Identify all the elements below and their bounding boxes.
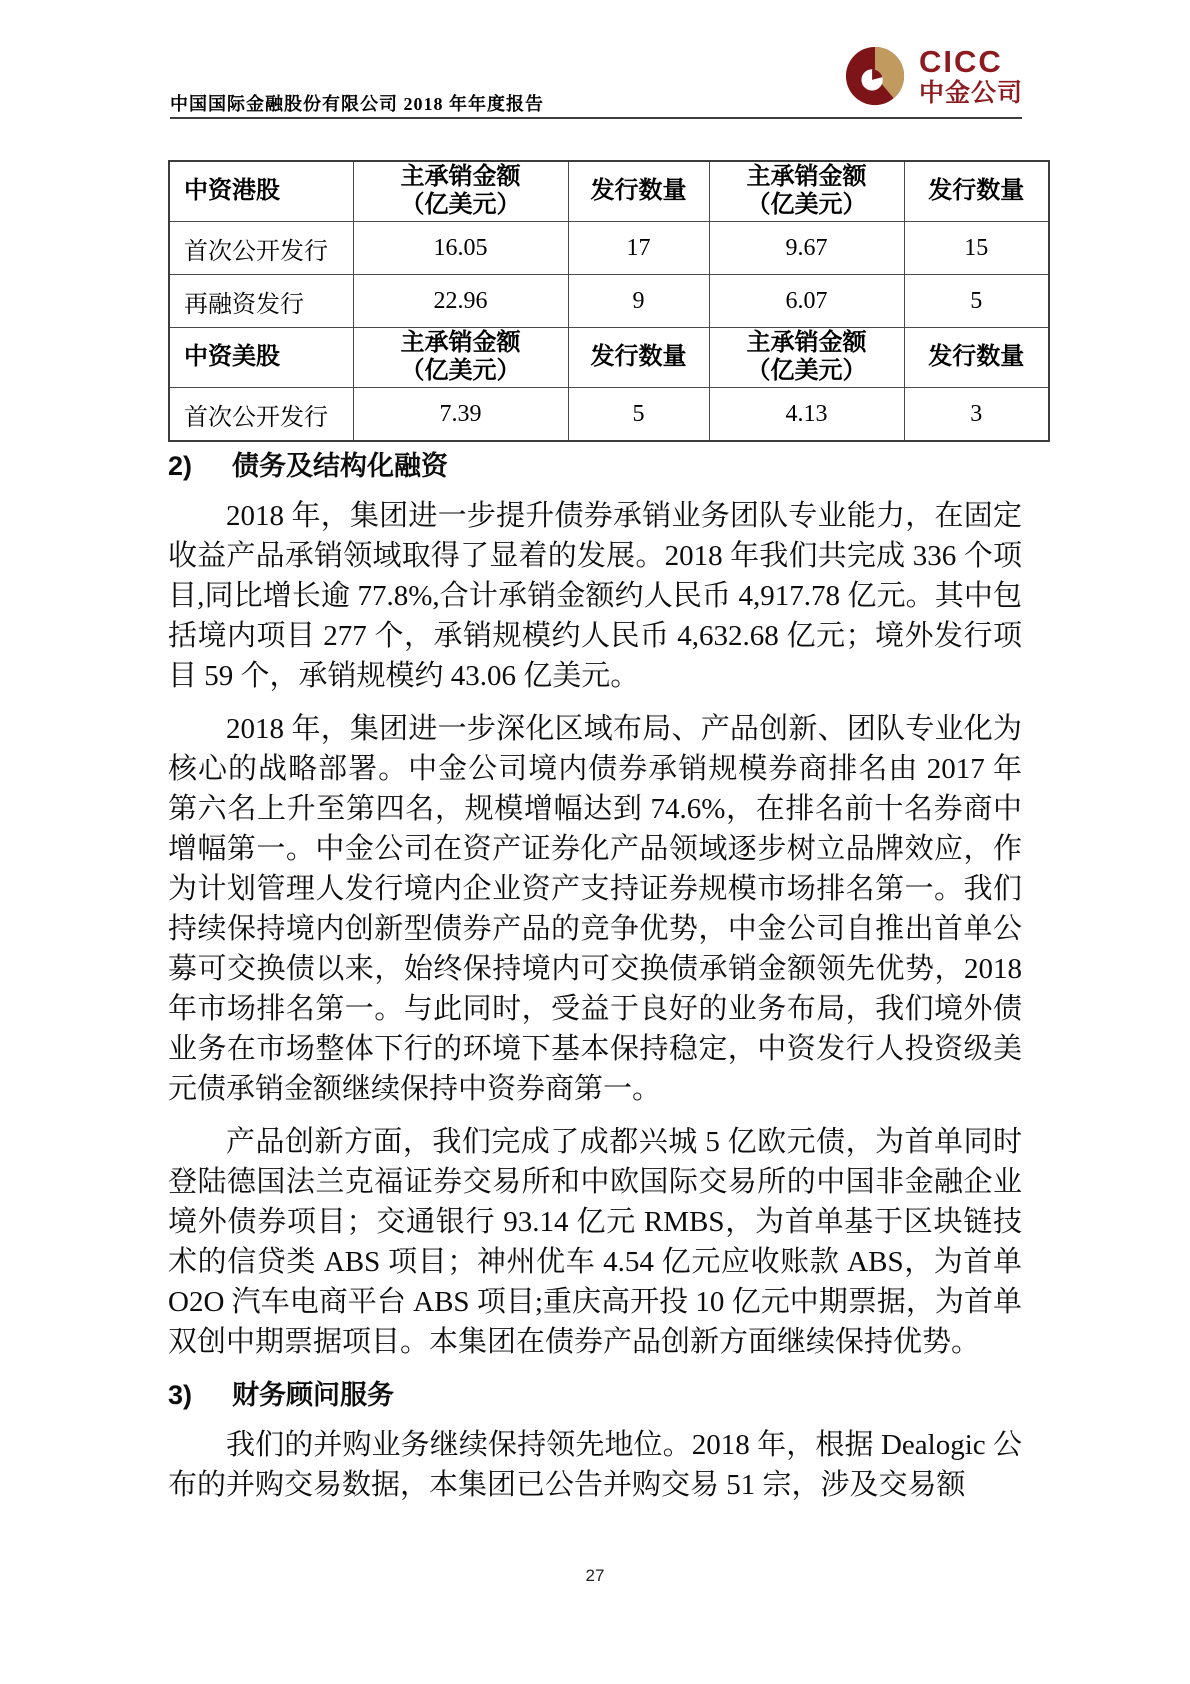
table-header-cell: 主承销金额 （亿美元） (353, 328, 568, 388)
heading-number: 2) (168, 446, 232, 486)
page-number: 27 (0, 1566, 1190, 1586)
heading-number: 3) (168, 1375, 232, 1415)
table-cell: 9.67 (709, 222, 904, 275)
table-header-cell: 发行数量 (904, 328, 1049, 388)
table-cell: 15 (904, 222, 1049, 275)
table-row: 再融资发行 22.96 9 6.07 5 (169, 275, 1049, 328)
table-header-cell: 中资美股 (169, 328, 353, 388)
cicc-logo-icon (844, 45, 906, 107)
table-header-cell: 主承销金额 （亿美元） (353, 161, 568, 222)
table-header-cell: 发行数量 (568, 161, 709, 222)
table-cell: 9 (568, 275, 709, 328)
cicc-logo: CICC 中金公司 (844, 45, 1023, 107)
logo-text-cn: 中金公司 (919, 80, 1023, 106)
paragraph: 我们的并购业务继续保持领先地位。2018 年，根据 Dealogic 公布的并购… (168, 1425, 1022, 1505)
cicc-logo-text: CICC 中金公司 (919, 46, 1023, 107)
table-header-cell: 发行数量 (904, 161, 1049, 222)
table-cell: 6.07 (709, 275, 904, 328)
table-cell: 22.96 (353, 275, 568, 328)
heading-title: 债务及结构化融资 (232, 451, 448, 481)
table-header-row-hk: 中资港股 主承销金额 （亿美元） 发行数量 主承销金额 （亿美元） 发行数量 (169, 161, 1049, 222)
table-cell: 5 (904, 275, 1049, 328)
table-row: 首次公开发行 16.05 17 9.67 15 (169, 222, 1049, 275)
header-rule (170, 117, 1022, 119)
table-header-cell: 中资港股 (169, 161, 353, 222)
body-text: 2)债务及结构化融资 2018 年，集团进一步提升债券承销业务团队专业能力，在固… (168, 434, 1022, 1518)
table-cell: 首次公开发行 (169, 222, 353, 275)
table-header-cell: 主承销金额 （亿美元） (709, 161, 904, 222)
paragraph: 2018 年，集团进一步深化区域布局、产品创新、团队专业化为核心的战略部署。中金… (168, 709, 1022, 1109)
table-header-cell: 发行数量 (568, 328, 709, 388)
paragraph: 2018 年，集团进一步提升债券承销业务团队专业能力，在固定收益产品承销领域取得… (168, 496, 1022, 696)
heading-title: 财务顾问服务 (232, 1380, 394, 1410)
underwriting-table: 中资港股 主承销金额 （亿美元） 发行数量 主承销金额 （亿美元） 发行数量 首… (168, 160, 1050, 442)
report-title: 中国国际金融股份有限公司 2018 年年度报告 (170, 90, 544, 116)
table-cell: 再融资发行 (169, 275, 353, 328)
table-cell: 17 (568, 222, 709, 275)
table-header-row-us: 中资美股 主承销金额 （亿美元） 发行数量 主承销金额 （亿美元） 发行数量 (169, 328, 1049, 388)
report-page: 中国国际金融股份有限公司 2018 年年度报告 CICC 中金公司 中资港股 主… (0, 0, 1190, 1684)
section-heading-advisory: 3)财务顾问服务 (168, 1375, 1022, 1415)
table-cell: 16.05 (353, 222, 568, 275)
logo-text-en: CICC (919, 46, 1023, 79)
paragraph: 产品创新方面，我们完成了成都兴城 5 亿欧元债，为首单同时登陆德国法兰克福证券交… (168, 1122, 1022, 1362)
section-heading-debt: 2)债务及结构化融资 (168, 446, 1022, 486)
table-header-cell: 主承销金额 （亿美元） (709, 328, 904, 388)
